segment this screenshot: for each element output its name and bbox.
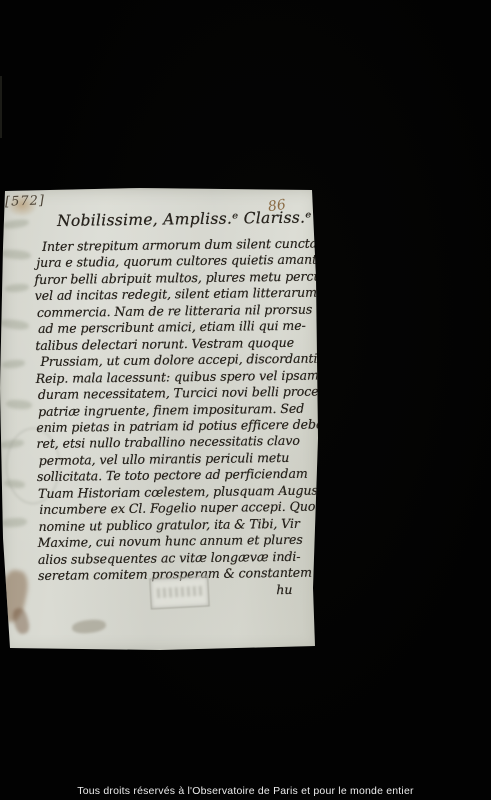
letter-salutation: Nobilissime, Ampliss.ᵉ Clariss.ᵉ Vir. bbox=[57, 208, 345, 230]
bleed-through-mark bbox=[2, 218, 30, 230]
bleed-through-mark bbox=[0, 318, 29, 330]
letter-body: Inter strepitum armorum dum silent cunct… bbox=[34, 236, 320, 601]
manuscript-page: [572] 86 Nobilissime, Ampliss.ᵉ Clariss.… bbox=[0, 188, 320, 652]
bleed-through-mark bbox=[0, 439, 24, 450]
pencil-mark bbox=[71, 618, 106, 634]
copyright-caption: Tous droits réservés à l'Observatoire de… bbox=[0, 785, 491, 797]
bleed-through-mark bbox=[1, 517, 28, 528]
library-blind-stamp bbox=[149, 575, 210, 609]
bleed-through-mark bbox=[0, 249, 31, 261]
bleed-through-mark bbox=[2, 359, 26, 369]
bleed-through-mark bbox=[5, 283, 30, 293]
archival-number: [572] bbox=[5, 193, 45, 209]
letter-body-lines: Inter strepitum armorum dum silent cunct… bbox=[34, 236, 320, 585]
adjacent-page-edge bbox=[0, 76, 2, 138]
bleed-through-mark bbox=[6, 399, 33, 410]
bleed-through-mark bbox=[4, 479, 26, 489]
ink-smudge bbox=[11, 607, 31, 636]
